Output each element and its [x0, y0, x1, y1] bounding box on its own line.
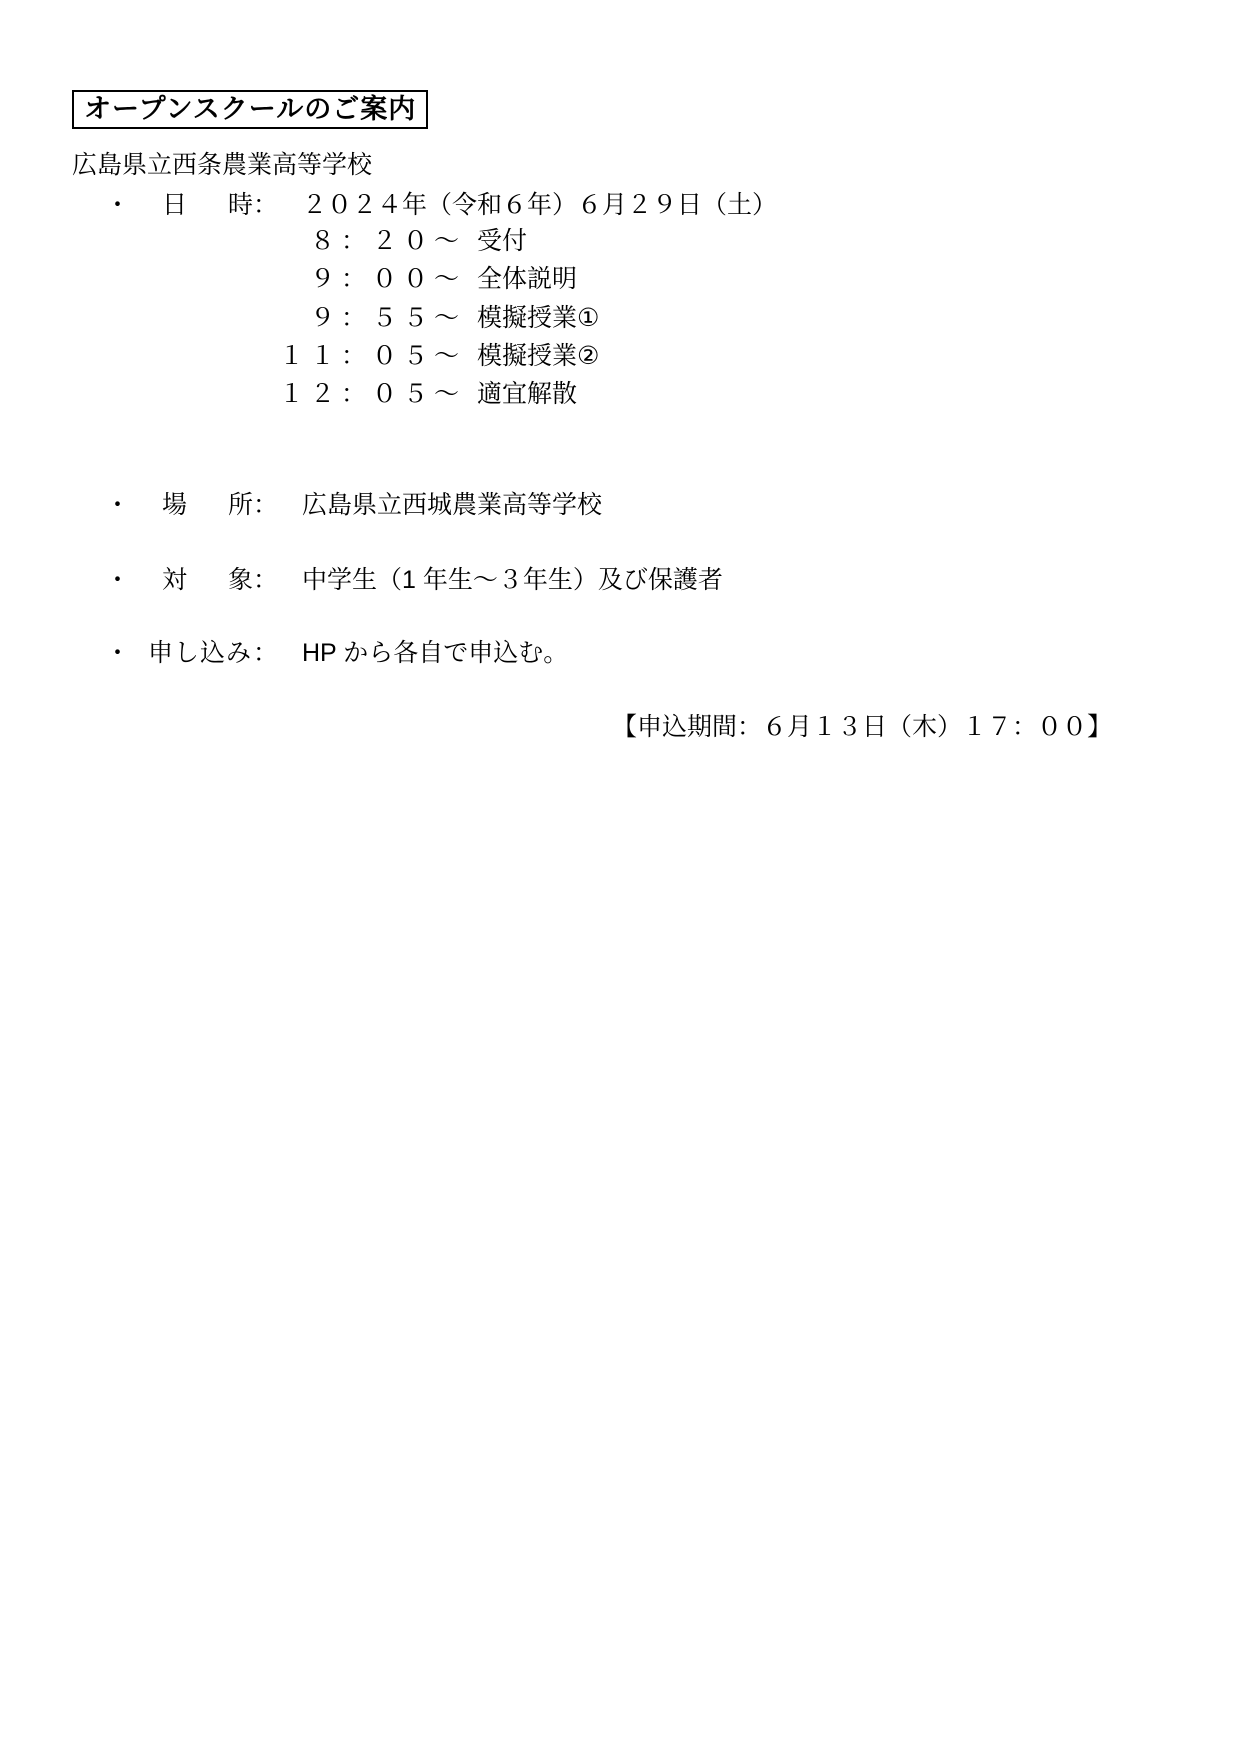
item-apply-label: 申し込み [148, 638, 251, 668]
schedule-time: １１：０５～ [240, 341, 465, 371]
item-place: ・ 場所 ： 広島県立西城農業高等学校 [0, 490, 1241, 522]
item-target-colon: ： [253, 565, 278, 595]
schedule-time: ９：００～ [240, 264, 465, 294]
schedule-time: ８：２０～ [240, 226, 465, 256]
page-title: オープンスクールのご案内 [72, 90, 428, 129]
item-place-label: 場所 [162, 490, 253, 520]
schedule-time: ９：５５～ [240, 303, 465, 333]
item-place-value: 広島県立西城農業高等学校 [302, 490, 602, 520]
item-apply-colon: ： [253, 638, 278, 668]
item-datetime-colon: ： [253, 190, 278, 220]
document-page: オープンスクールのご案内 広島県立西条農業高等学校 ・ 日時 ： ２０２４年（令… [0, 0, 1241, 1755]
schedule-event: 受付 [477, 226, 527, 256]
schedule-row: １１：０５～ 模擬授業② [0, 341, 1241, 373]
schedule-row: ９：００～ 全体説明 [0, 264, 1241, 296]
item-target-label: 対象 [162, 565, 253, 595]
item-apply-value: HP から各自で申込む。 [302, 638, 568, 668]
schedule-row: １２：０５～ 適宜解散 [0, 379, 1241, 411]
schedule-row: ９：５５～ 模擬授業① [0, 303, 1241, 335]
schedule-time: １２：０５～ [240, 379, 465, 409]
item-apply: ・ 申し込み ： HP から各自で申込む。 [0, 638, 1241, 670]
item-datetime-value: ２０２４年（令和６年）６月２９日（土） [302, 190, 777, 220]
bullet-icon: ・ [105, 490, 130, 520]
schedule-event: 適宜解散 [477, 379, 577, 409]
schedule-event: 模擬授業② [477, 341, 599, 371]
item-datetime: ・ 日時 ： ２０２４年（令和６年）６月２９日（土） [0, 190, 1241, 222]
bullet-icon: ・ [105, 565, 130, 595]
item-datetime-label: 日時 [162, 190, 253, 220]
item-place-colon: ： [253, 490, 278, 520]
page-title-text: オープンスクールのご案内 [84, 94, 416, 124]
schedule-event: 全体説明 [477, 264, 577, 294]
item-target: ・ 対象 ： 中学生（1 年生～３年生）及び保護者 [0, 565, 1241, 597]
schedule-row: ８：２０～ 受付 [0, 226, 1241, 258]
application-deadline: 【申込期間：６月１３日（木）１７：００】 [612, 712, 1112, 742]
school-name-line: 広島県立西条農業高等学校 [72, 150, 372, 180]
item-target-value: 中学生（1 年生～３年生）及び保護者 [302, 565, 723, 595]
bullet-icon: ・ [105, 190, 130, 220]
bullet-icon: ・ [105, 638, 130, 668]
schedule-event: 模擬授業① [477, 303, 599, 333]
